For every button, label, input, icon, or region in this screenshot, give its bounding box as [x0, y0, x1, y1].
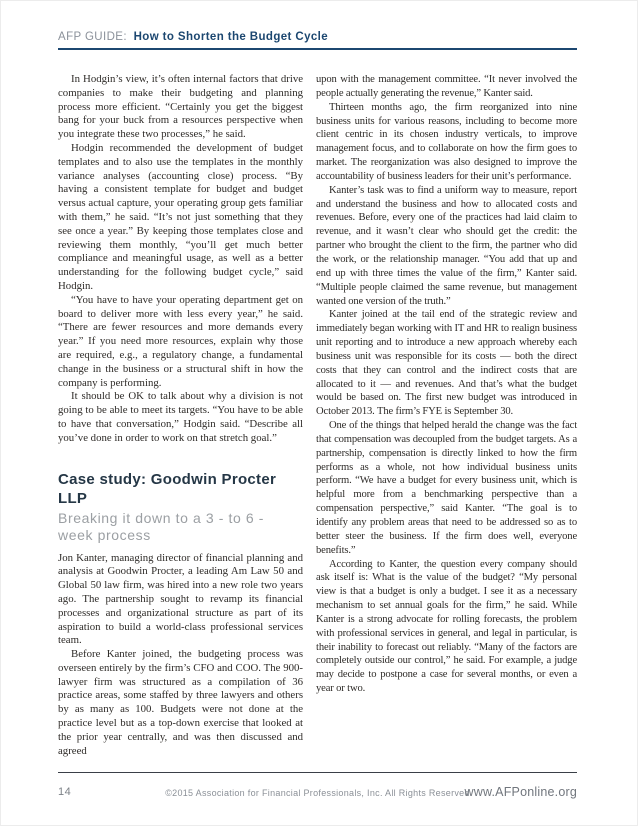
body-paragraph: According to Kanter, the question every …: [316, 558, 577, 696]
body-paragraph: Hodgin recommended the development of bu…: [58, 142, 303, 294]
guide-eyebrow: AFP GUIDE:: [58, 31, 127, 43]
body-paragraph: “You have to have your operating departm…: [58, 294, 303, 391]
website-link[interactable]: www.AFPonline.org: [465, 785, 577, 799]
case-study-subheading: Breaking it down to a 3 - to 6 - week pr…: [58, 510, 303, 545]
document-page: AFP GUIDE: How to Shorten the Budget Cyc…: [0, 0, 638, 826]
case-study-heading: Case study: Goodwin Procter LLP: [58, 470, 303, 508]
body-paragraph: Before Kanter joined, the budgeting proc…: [58, 648, 303, 758]
right-column: upon with the management committee. “It …: [316, 73, 577, 758]
two-column-body: In Hodgin’s view, it’s often internal fa…: [58, 73, 577, 758]
body-paragraph: It should be OK to talk about why a divi…: [58, 390, 303, 445]
body-paragraph: upon with the management committee. “It …: [316, 73, 577, 101]
body-paragraph: One of the things that helped herald the…: [316, 419, 577, 557]
page-footer: 14 ©2015 Association for Financial Profe…: [58, 783, 577, 803]
header-rule: [58, 48, 577, 50]
footer-rule: [58, 772, 577, 773]
body-paragraph: Thirteen months ago, the firm reorganize…: [316, 101, 577, 184]
body-paragraph: Jon Kanter, managing director of financi…: [58, 552, 303, 649]
case-study-heading-block: Case study: Goodwin Procter LLP Breaking…: [58, 470, 303, 545]
body-paragraph: Kanter’s task was to find a uniform way …: [316, 184, 577, 309]
guide-title: How to Shorten the Budget Cycle: [134, 31, 329, 43]
body-paragraph: In Hodgin’s view, it’s often internal fa…: [58, 73, 303, 142]
page-header: AFP GUIDE: How to Shorten the Budget Cyc…: [58, 31, 577, 43]
body-paragraph: Kanter joined at the tail end of the str…: [316, 308, 577, 419]
left-column: In Hodgin’s view, it’s often internal fa…: [58, 73, 303, 758]
